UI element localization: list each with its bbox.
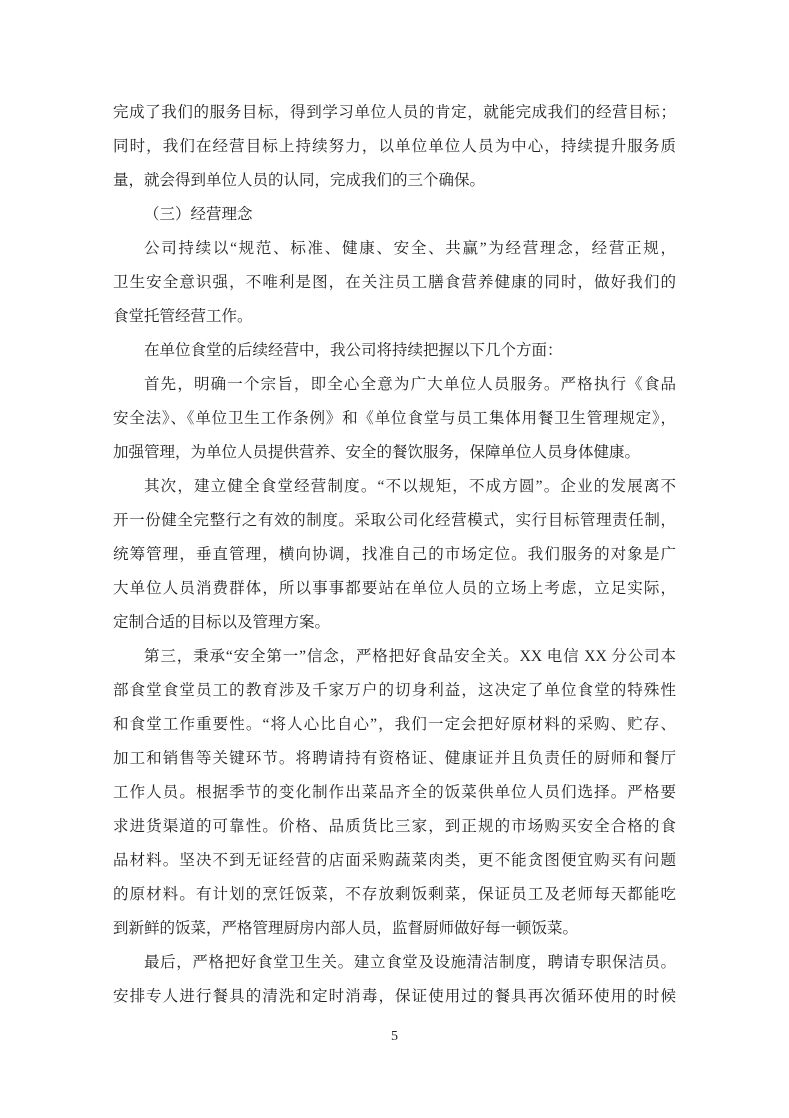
text-line: 求进货渠道的可靠性。价格、品质货比三家，到正规的市场购买安全合格的食 bbox=[113, 810, 676, 844]
text-line: 大单位人员消费群体，所以事事都要站在单位人员的立场上考虑，立足实际， bbox=[113, 572, 676, 606]
document-body: 完成了我们的服务目标，得到学习单位人员的肯定，就能完成我们的经营目标；同时，我们… bbox=[113, 96, 676, 1014]
text-line: 安排专人进行餐具的清洗和定时消毒，保证使用过的餐具再次循环使用的时候 bbox=[113, 980, 676, 1014]
text-line: 加强管理，为单位人员提供营养、安全的餐饮服务，保障单位人员身体健康。 bbox=[113, 436, 676, 470]
text-line: 第三，秉承“安全第一”信念，严格把好食品安全关。XX 电信 XX 分公司本 bbox=[113, 640, 676, 674]
text-line: 的原材料。有计划的烹饪饭菜，不存放剩饭剩菜，保证员工及老师每天都能吃 bbox=[113, 878, 676, 912]
text-line: 统筹管理，垂直管理，横向协调，找准自己的市场定位。我们服务的对象是广 bbox=[113, 538, 676, 572]
text-line: 工作人员。根据季节的变化制作出菜品齐全的饭菜供单位人员们选择。严格要 bbox=[113, 776, 676, 810]
text-line: 安全法》、《单位卫生工作条例》和《单位食堂与员工集体用餐卫生管理规定》， bbox=[113, 402, 676, 436]
text-line: 公司持续以“规范、标准、健康、安全、共赢”为经营理念，经营正规， bbox=[113, 232, 676, 266]
text-line: 其次，建立健全食堂经营制度。“不以规矩，不成方圆”。企业的发展离不 bbox=[113, 470, 676, 504]
text-line: 品材料。坚决不到无证经营的店面采购蔬菜肉类，更不能贪图便宜购买有问题 bbox=[113, 844, 676, 878]
text-line: 部食堂食堂员工的教育涉及千家万户的切身利益，这决定了单位食堂的特殊性 bbox=[113, 674, 676, 708]
page-footer: 5 bbox=[0, 1028, 789, 1046]
text-line: 开一份健全完整行之有效的制度。采取公司化经营模式，实行目标管理责任制， bbox=[113, 504, 676, 538]
text-line: 量，就会得到单位人员的认同，完成我们的三个确保。 bbox=[113, 164, 676, 198]
text-line: 定制合适的目标以及管理方案。 bbox=[113, 606, 676, 640]
text-line: 到新鲜的饭菜，严格管理厨房内部人员，监督厨师做好每一顿饭菜。 bbox=[113, 912, 676, 946]
text-line: （三）经营理念 bbox=[113, 198, 676, 232]
text-line: 和食堂工作重要性。“将人心比自心”，我们一定会把好原材料的采购、贮存、 bbox=[113, 708, 676, 742]
text-line: 加工和销售等关键环节。将聘请持有资格证、健康证并且负责任的厨师和餐厅 bbox=[113, 742, 676, 776]
text-line: 首先，明确一个宗旨，即全心全意为广大单位人员服务。严格执行《食品 bbox=[113, 368, 676, 402]
text-line: 最后，严格把好食堂卫生关。建立食堂及设施清洁制度，聘请专职保洁员。 bbox=[113, 946, 676, 980]
text-line: 卫生安全意识强，不唯利是图，在关注员工膳食营养健康的同时，做好我们的 bbox=[113, 266, 676, 300]
text-line: 在单位食堂的后续经营中，我公司将持续把握以下几个方面： bbox=[113, 334, 676, 368]
text-line: 食堂托管经营工作。 bbox=[113, 300, 676, 334]
text-line: 同时，我们在经营目标上持续努力，以单位单位人员为中心，持续提升服务质 bbox=[113, 130, 676, 164]
document-page: 完成了我们的服务目标，得到学习单位人员的肯定，就能完成我们的经营目标；同时，我们… bbox=[0, 0, 789, 1118]
text-line: 完成了我们的服务目标，得到学习单位人员的肯定，就能完成我们的经营目标； bbox=[113, 96, 676, 130]
page-number: 5 bbox=[391, 1029, 398, 1044]
